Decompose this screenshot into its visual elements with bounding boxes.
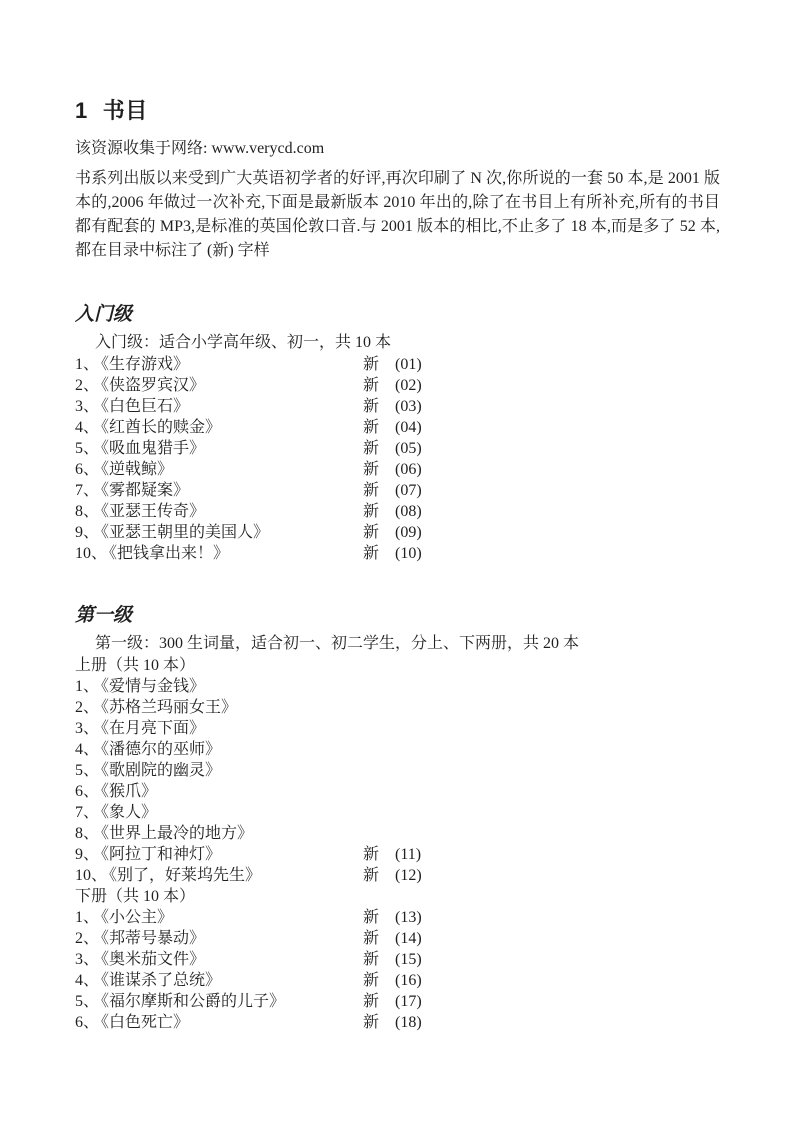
book-sections: 入门级入门级：适合小学高年级、初一，共 10 本1、《生存游戏》新(01)2、《… [75, 303, 720, 1033]
book-list-item: 5、《歌剧院的幽灵》 [75, 760, 720, 781]
book-title: 《奥米茄文件》 [101, 951, 205, 968]
book-list-item: 7、《象人》 [75, 802, 720, 823]
book-number: (15) [395, 949, 422, 970]
section-heading: 入门级 [75, 303, 720, 327]
book-index: 6、 [75, 1014, 99, 1031]
book-title: 《谁谋杀了总统》 [101, 972, 221, 989]
new-tag: 新 [363, 354, 379, 375]
intro-paragraph: 书系列出版以来受到广大英语初学者的好评,再次印刷了 N 次,你所说的一套 50 … [75, 167, 720, 263]
book-title: 《象人》 [101, 804, 157, 821]
new-tag: 新 [363, 501, 379, 522]
new-tag: 新 [363, 438, 379, 459]
book-number: (05) [395, 438, 422, 459]
book-number: (09) [395, 522, 422, 543]
book-list-item: 3、《白色巨石》新(03) [75, 396, 720, 417]
new-tag: 新 [363, 928, 379, 949]
book-index: 8、 [75, 825, 99, 842]
book-list-item: 3、《奥米茄文件》新(15) [75, 949, 720, 970]
book-index: 10、 [75, 545, 107, 562]
book-title: 《逆戟鲸》 [101, 461, 173, 478]
book-title: 《阿拉丁和神灯》 [101, 846, 221, 863]
book-list-item: 8、《世界上最冷的地方》 [75, 823, 720, 844]
section-description: 入门级：适合小学高年级、初一，共 10 本 [75, 332, 720, 354]
book-number: (11) [395, 844, 421, 865]
book-list-item: 2、《苏格兰玛丽女王》 [75, 697, 720, 718]
book-section: 第一级第一级：300 生词量，适合初一、初二学生，分上、下两册，共 20 本上册… [75, 604, 720, 1033]
source-line: 该资源收集于网络: www.verycd.com [75, 138, 720, 159]
book-list-item: 1、《小公主》新(13) [75, 907, 720, 928]
book-list-item: 4、《红酋长的赎金》新(04) [75, 417, 720, 438]
book-number: (12) [395, 865, 422, 886]
book-number: (13) [395, 907, 422, 928]
book-list-item: 3、《在月亮下面》 [75, 718, 720, 739]
book-list-item: 5、《吸血鬼猎手》新(05) [75, 438, 720, 459]
book-number: (14) [395, 928, 422, 949]
new-tag: 新 [363, 396, 379, 417]
book-title: 《潘德尔的巫师》 [101, 741, 221, 758]
book-index: 5、 [75, 762, 99, 779]
book-list-item: 2、《邦蒂号暴动》新(14) [75, 928, 720, 949]
new-tag: 新 [363, 865, 379, 886]
book-title: 《白色巨石》 [101, 398, 189, 415]
book-index: 5、 [75, 440, 99, 457]
book-title: 《爱情与金钱》 [101, 678, 205, 695]
new-tag: 新 [363, 991, 379, 1012]
book-number: (07) [395, 480, 422, 501]
document-page: 1书目 该资源收集于网络: www.verycd.com 书系列出版以来受到广大… [0, 0, 793, 1122]
book-title: 《白色死亡》 [101, 1014, 189, 1031]
book-title: 《小公主》 [101, 909, 173, 926]
book-index: 6、 [75, 783, 99, 800]
new-tag: 新 [363, 417, 379, 438]
book-list-item: 4、《潘德尔的巫师》 [75, 739, 720, 760]
page-title: 1书目 [75, 98, 720, 124]
book-list-item: 10、《把钱拿出来！》新(10) [75, 543, 720, 564]
book-index: 3、 [75, 951, 99, 968]
book-number: (06) [395, 459, 422, 480]
book-title: 《世界上最冷的地方》 [101, 825, 253, 842]
new-tag: 新 [363, 970, 379, 991]
book-number: (04) [395, 417, 422, 438]
book-number: (02) [395, 375, 422, 396]
book-title: 《生存游戏》 [101, 356, 189, 373]
book-number: (03) [395, 396, 422, 417]
page-title-text: 书目 [103, 98, 148, 123]
book-list-item: 10、《别了，好莱坞先生》新(12) [75, 865, 720, 886]
new-tag: 新 [363, 480, 379, 501]
book-index: 6、 [75, 461, 99, 478]
book-section: 入门级入门级：适合小学高年级、初一，共 10 本1、《生存游戏》新(01)2、《… [75, 303, 720, 564]
volume-label: 上册（共 10 本） [75, 655, 720, 676]
book-list-item: 1、《爱情与金钱》 [75, 676, 720, 697]
book-title: 《邦蒂号暴动》 [101, 930, 205, 947]
book-index: 5、 [75, 993, 99, 1010]
book-index: 7、 [75, 482, 99, 499]
page-title-number: 1 [75, 98, 88, 123]
new-tag: 新 [363, 459, 379, 480]
book-list-item: 8、《亚瑟王传奇》新(08) [75, 501, 720, 522]
section-description: 第一级：300 生词量，适合初一、初二学生，分上、下两册，共 20 本 [75, 633, 720, 655]
book-index: 4、 [75, 972, 99, 989]
book-number: (08) [395, 501, 422, 522]
book-title: 《猴爪》 [101, 783, 157, 800]
book-index: 3、 [75, 398, 99, 415]
new-tag: 新 [363, 522, 379, 543]
new-tag: 新 [363, 543, 379, 564]
book-number: (18) [395, 1012, 422, 1033]
book-title: 《别了，好莱坞先生》 [109, 867, 261, 884]
book-list-item: 2、《侠盗罗宾汉》新(02) [75, 375, 720, 396]
book-index: 2、 [75, 377, 99, 394]
book-list-item: 4、《谁谋杀了总统》新(16) [75, 970, 720, 991]
book-number: (17) [395, 991, 422, 1012]
book-list-item: 6、《白色死亡》新(18) [75, 1012, 720, 1033]
book-number: (16) [395, 970, 422, 991]
book-index: 8、 [75, 503, 99, 520]
book-title: 《在月亮下面》 [101, 720, 205, 737]
book-index: 2、 [75, 930, 99, 947]
section-heading: 第一级 [75, 604, 720, 628]
book-list-item: 9、《阿拉丁和神灯》新(11) [75, 844, 720, 865]
new-tag: 新 [363, 907, 379, 928]
book-list-item: 6、《猴爪》 [75, 781, 720, 802]
book-title: 《亚瑟王朝里的美国人》 [101, 524, 269, 541]
new-tag: 新 [363, 375, 379, 396]
book-index: 4、 [75, 419, 99, 436]
book-list-item: 5、《福尔摩斯和公爵的儿子》新(17) [75, 991, 720, 1012]
book-title: 《苏格兰玛丽女王》 [101, 699, 237, 716]
book-title: 《歌剧院的幽灵》 [101, 762, 221, 779]
book-title: 《福尔摩斯和公爵的儿子》 [101, 993, 285, 1010]
book-title: 《侠盗罗宾汉》 [101, 377, 205, 394]
book-index: 3、 [75, 720, 99, 737]
book-title: 《亚瑟王传奇》 [101, 503, 205, 520]
volume-label: 下册（共 10 本） [75, 886, 720, 907]
book-index: 2、 [75, 699, 99, 716]
book-list-item: 7、《雾都疑案》新(07) [75, 480, 720, 501]
book-title: 《雾都疑案》 [101, 482, 189, 499]
book-index: 9、 [75, 524, 99, 541]
book-index: 1、 [75, 909, 99, 926]
book-title: 《把钱拿出来！》 [109, 545, 229, 562]
book-number: (01) [395, 354, 422, 375]
new-tag: 新 [363, 949, 379, 970]
book-list-item: 9、《亚瑟王朝里的美国人》新(09) [75, 522, 720, 543]
book-list-item: 6、《逆戟鲸》新(06) [75, 459, 720, 480]
book-title: 《红酋长的赎金》 [101, 419, 221, 436]
book-index: 10、 [75, 867, 107, 884]
new-tag: 新 [363, 844, 379, 865]
book-number: (10) [395, 543, 422, 564]
book-title: 《吸血鬼猎手》 [101, 440, 205, 457]
book-index: 1、 [75, 356, 99, 373]
book-index: 9、 [75, 846, 99, 863]
new-tag: 新 [363, 1012, 379, 1033]
book-list-item: 1、《生存游戏》新(01) [75, 354, 720, 375]
book-index: 4、 [75, 741, 99, 758]
book-index: 7、 [75, 804, 99, 821]
book-index: 1、 [75, 678, 99, 695]
document-content: 1书目 该资源收集于网络: www.verycd.com 书系列出版以来受到广大… [75, 98, 720, 1033]
